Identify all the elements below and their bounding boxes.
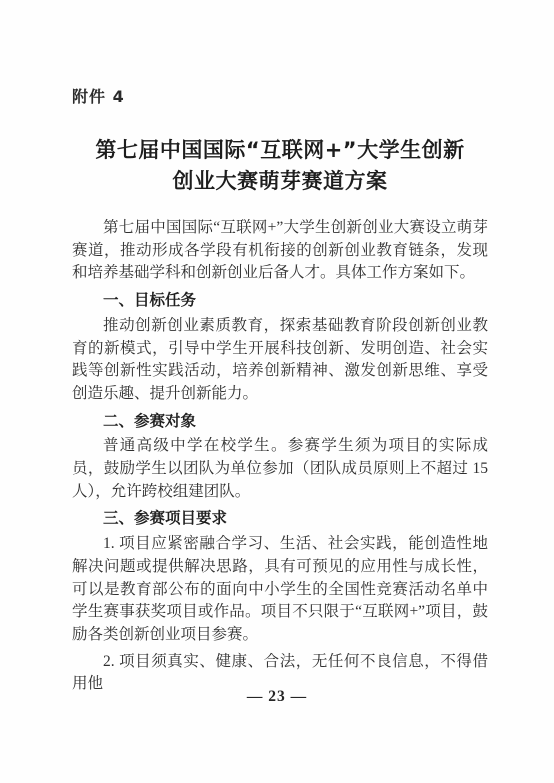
page-number: — 23 — xyxy=(0,688,554,706)
document-title-line-1: 第七届中国国际“互联网+”大学生创新 xyxy=(72,135,488,166)
document-title-line-2: 创业大赛萌芽赛道方案 xyxy=(72,166,488,197)
intro-paragraph: 第七届中国国际“互联网+”大学生创新创业大赛设立萌芽赛道，推动形成各学段有机衔接… xyxy=(72,217,488,285)
section-heading-project-requirements: 三、参赛项目要求 xyxy=(72,507,488,530)
section-heading-participants: 二、参赛对象 xyxy=(72,410,488,433)
document-title: 第七届中国国际“互联网+”大学生创新 创业大赛萌芽赛道方案 xyxy=(72,135,488,197)
section-heading-goals: 一、目标任务 xyxy=(72,289,488,312)
section-goals-paragraph: 推动创新创业素质教育，探索基础教育阶段创新创业教育的新模式，引导中学生开展科技创… xyxy=(72,315,488,406)
document-page: 附件 4 第七届中国国际“互联网+”大学生创新 创业大赛萌芽赛道方案 第七届中国… xyxy=(0,0,554,783)
section-participants-paragraph: 普通高级中学在校学生。参赛学生须为项目的实际成员，鼓励学生以团队为单位参加（团队… xyxy=(72,435,488,503)
document-body: 第七届中国国际“互联网+”大学生创新创业大赛设立萌芽赛道，推动形成各学段有机衔接… xyxy=(72,217,488,696)
section-requirements-paragraph-1: 1. 项目应紧密融合学习、生活、社会实践，能创造性地解决问题或提供解决思路，具有… xyxy=(72,533,488,647)
attachment-label: 附件 4 xyxy=(72,84,488,107)
